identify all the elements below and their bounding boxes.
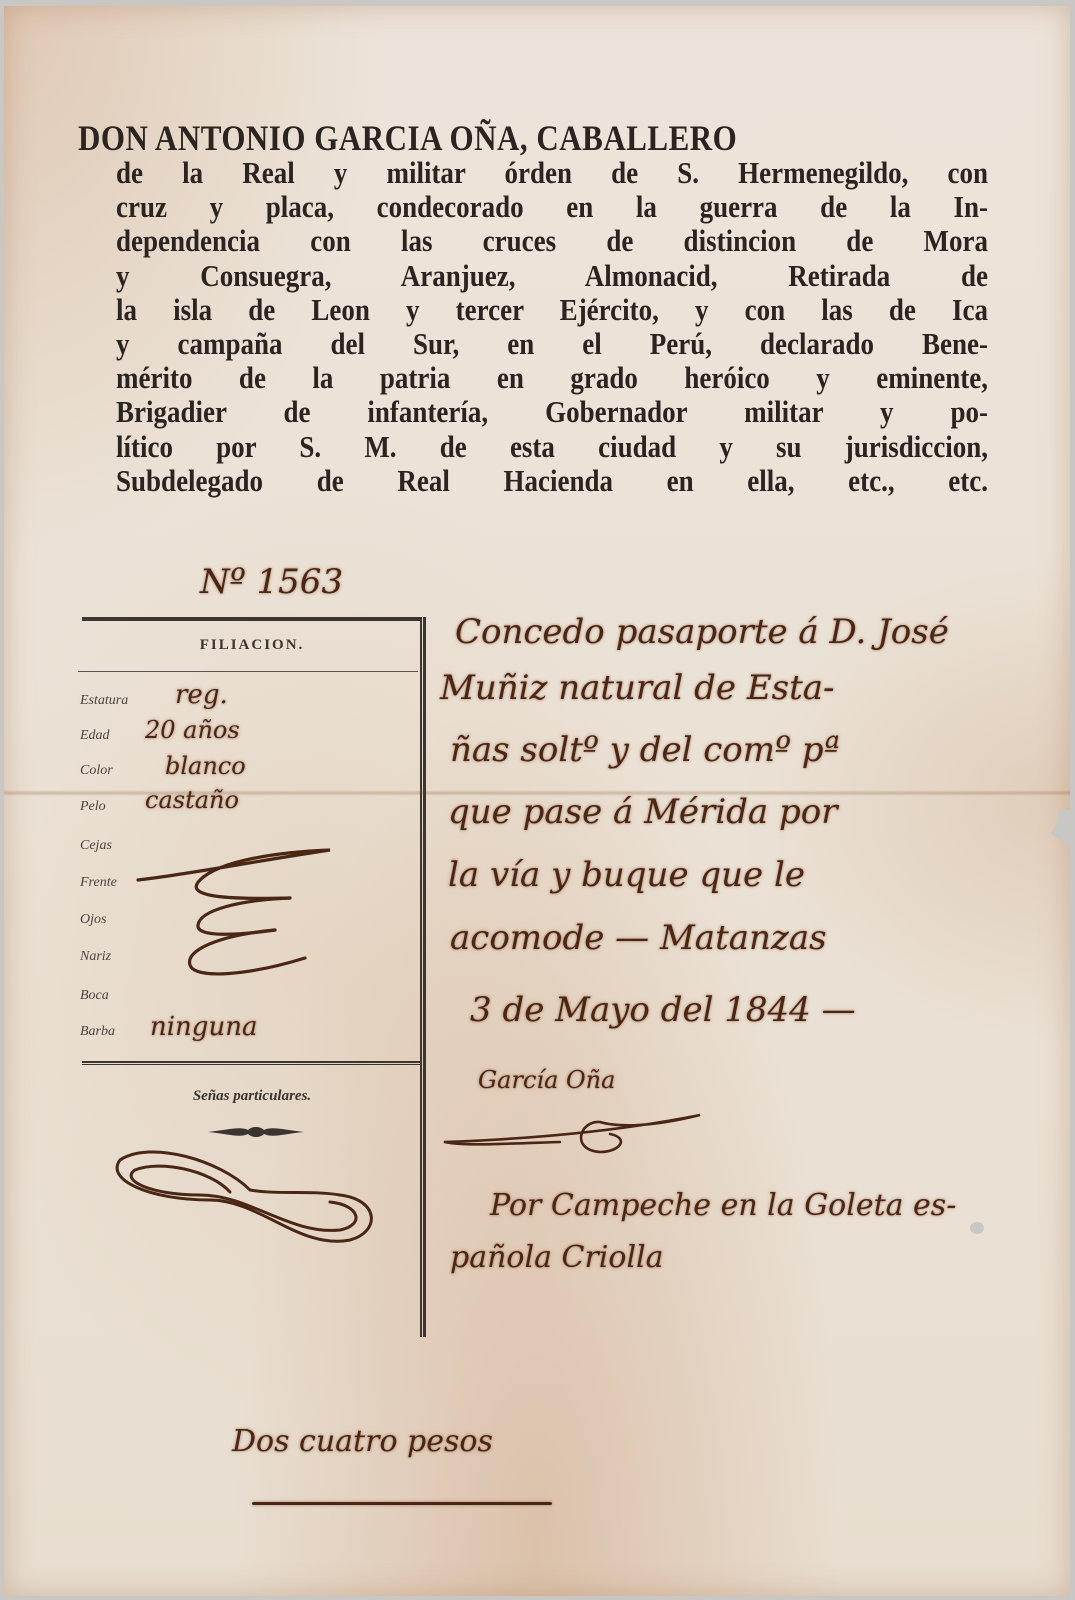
label-ojos: Ojos — [80, 912, 106, 928]
infinity-flourish-icon — [110, 1140, 380, 1260]
printed-header: DON ANTONIO GARCIA OÑA, CABALLERO de la … — [78, 118, 988, 496]
header-line: Brigadier de infantería, Gobernador mili… — [116, 393, 988, 431]
header-line: y campaña del Sur, en el Perú, declarado… — [116, 325, 988, 363]
signature: García Oña — [478, 1066, 615, 1094]
header-line: mérito de la patria en grado heróico y e… — [116, 359, 988, 397]
body-line: 3 de Mayo del 1844 — — [470, 990, 856, 1030]
label-cejas: Cejas — [80, 838, 112, 854]
body-line: ñas soltº y del comº pª — [450, 730, 840, 770]
ornament-icon — [208, 1124, 304, 1140]
body-line: que pase á Mérida por — [448, 792, 837, 832]
label-estatura: Estatura — [80, 693, 128, 709]
header-line: Subdelegado de Real Hacienda en ella, et… — [116, 462, 988, 500]
body-line: Concedo pasaporte á D. José — [455, 612, 949, 652]
filiacion-title: FILIACION. — [82, 637, 422, 654]
header-line: de la Real y militar órden de S. Hermene… — [116, 154, 988, 192]
value-barba: ninguna — [150, 1012, 257, 1042]
note-line: Por Campeche en la Goleta es- — [490, 1188, 956, 1223]
fee-text: Dos cuatro pesos — [232, 1424, 493, 1459]
label-color: Color — [80, 763, 113, 779]
body-line: Muñiz natural de Esta- — [440, 668, 835, 708]
body-line: la vía y buque que le — [448, 855, 805, 895]
paper-hole — [970, 1222, 984, 1234]
label-boca: Boca — [80, 988, 109, 1004]
header-line: la isla de Leon y tercer Ejército, y con… — [116, 291, 988, 329]
title-divider — [78, 671, 418, 672]
label-edad: Edad — [80, 728, 110, 744]
senas-title: Señas particulares. — [82, 1088, 422, 1105]
value-edad: 20 años — [145, 716, 240, 744]
ditto-flourish-icon — [130, 840, 350, 1010]
header-line: dependencia con las cruces de distincion… — [116, 222, 988, 260]
note-line: pañola Criolla — [450, 1240, 664, 1275]
signature-flourish-icon — [440, 1100, 720, 1160]
value-pelo: castaño — [145, 786, 239, 814]
label-frente: Frente — [80, 875, 117, 891]
body-line: acomode — Matanzas — [450, 918, 827, 958]
box-border-top — [82, 617, 422, 621]
header-line: cruz y placa, condecorado en la guerra d… — [116, 188, 988, 226]
header-line: lítico por S. M. de esta ciudad y su jur… — [116, 428, 988, 466]
value-estatura: reg. — [175, 680, 228, 710]
label-barba: Barba — [80, 1024, 115, 1040]
document-number: Nº 1563 — [200, 562, 343, 602]
label-nariz: Nariz — [80, 949, 111, 965]
header-line: y Consuegra, Aranjuez, Almonacid, Retira… — [116, 257, 988, 295]
box-divider — [82, 1061, 422, 1065]
value-color: blanco — [165, 752, 246, 780]
box-border-right — [420, 617, 426, 1337]
label-pelo: Pelo — [80, 799, 106, 815]
fee-underline — [252, 1502, 552, 1505]
